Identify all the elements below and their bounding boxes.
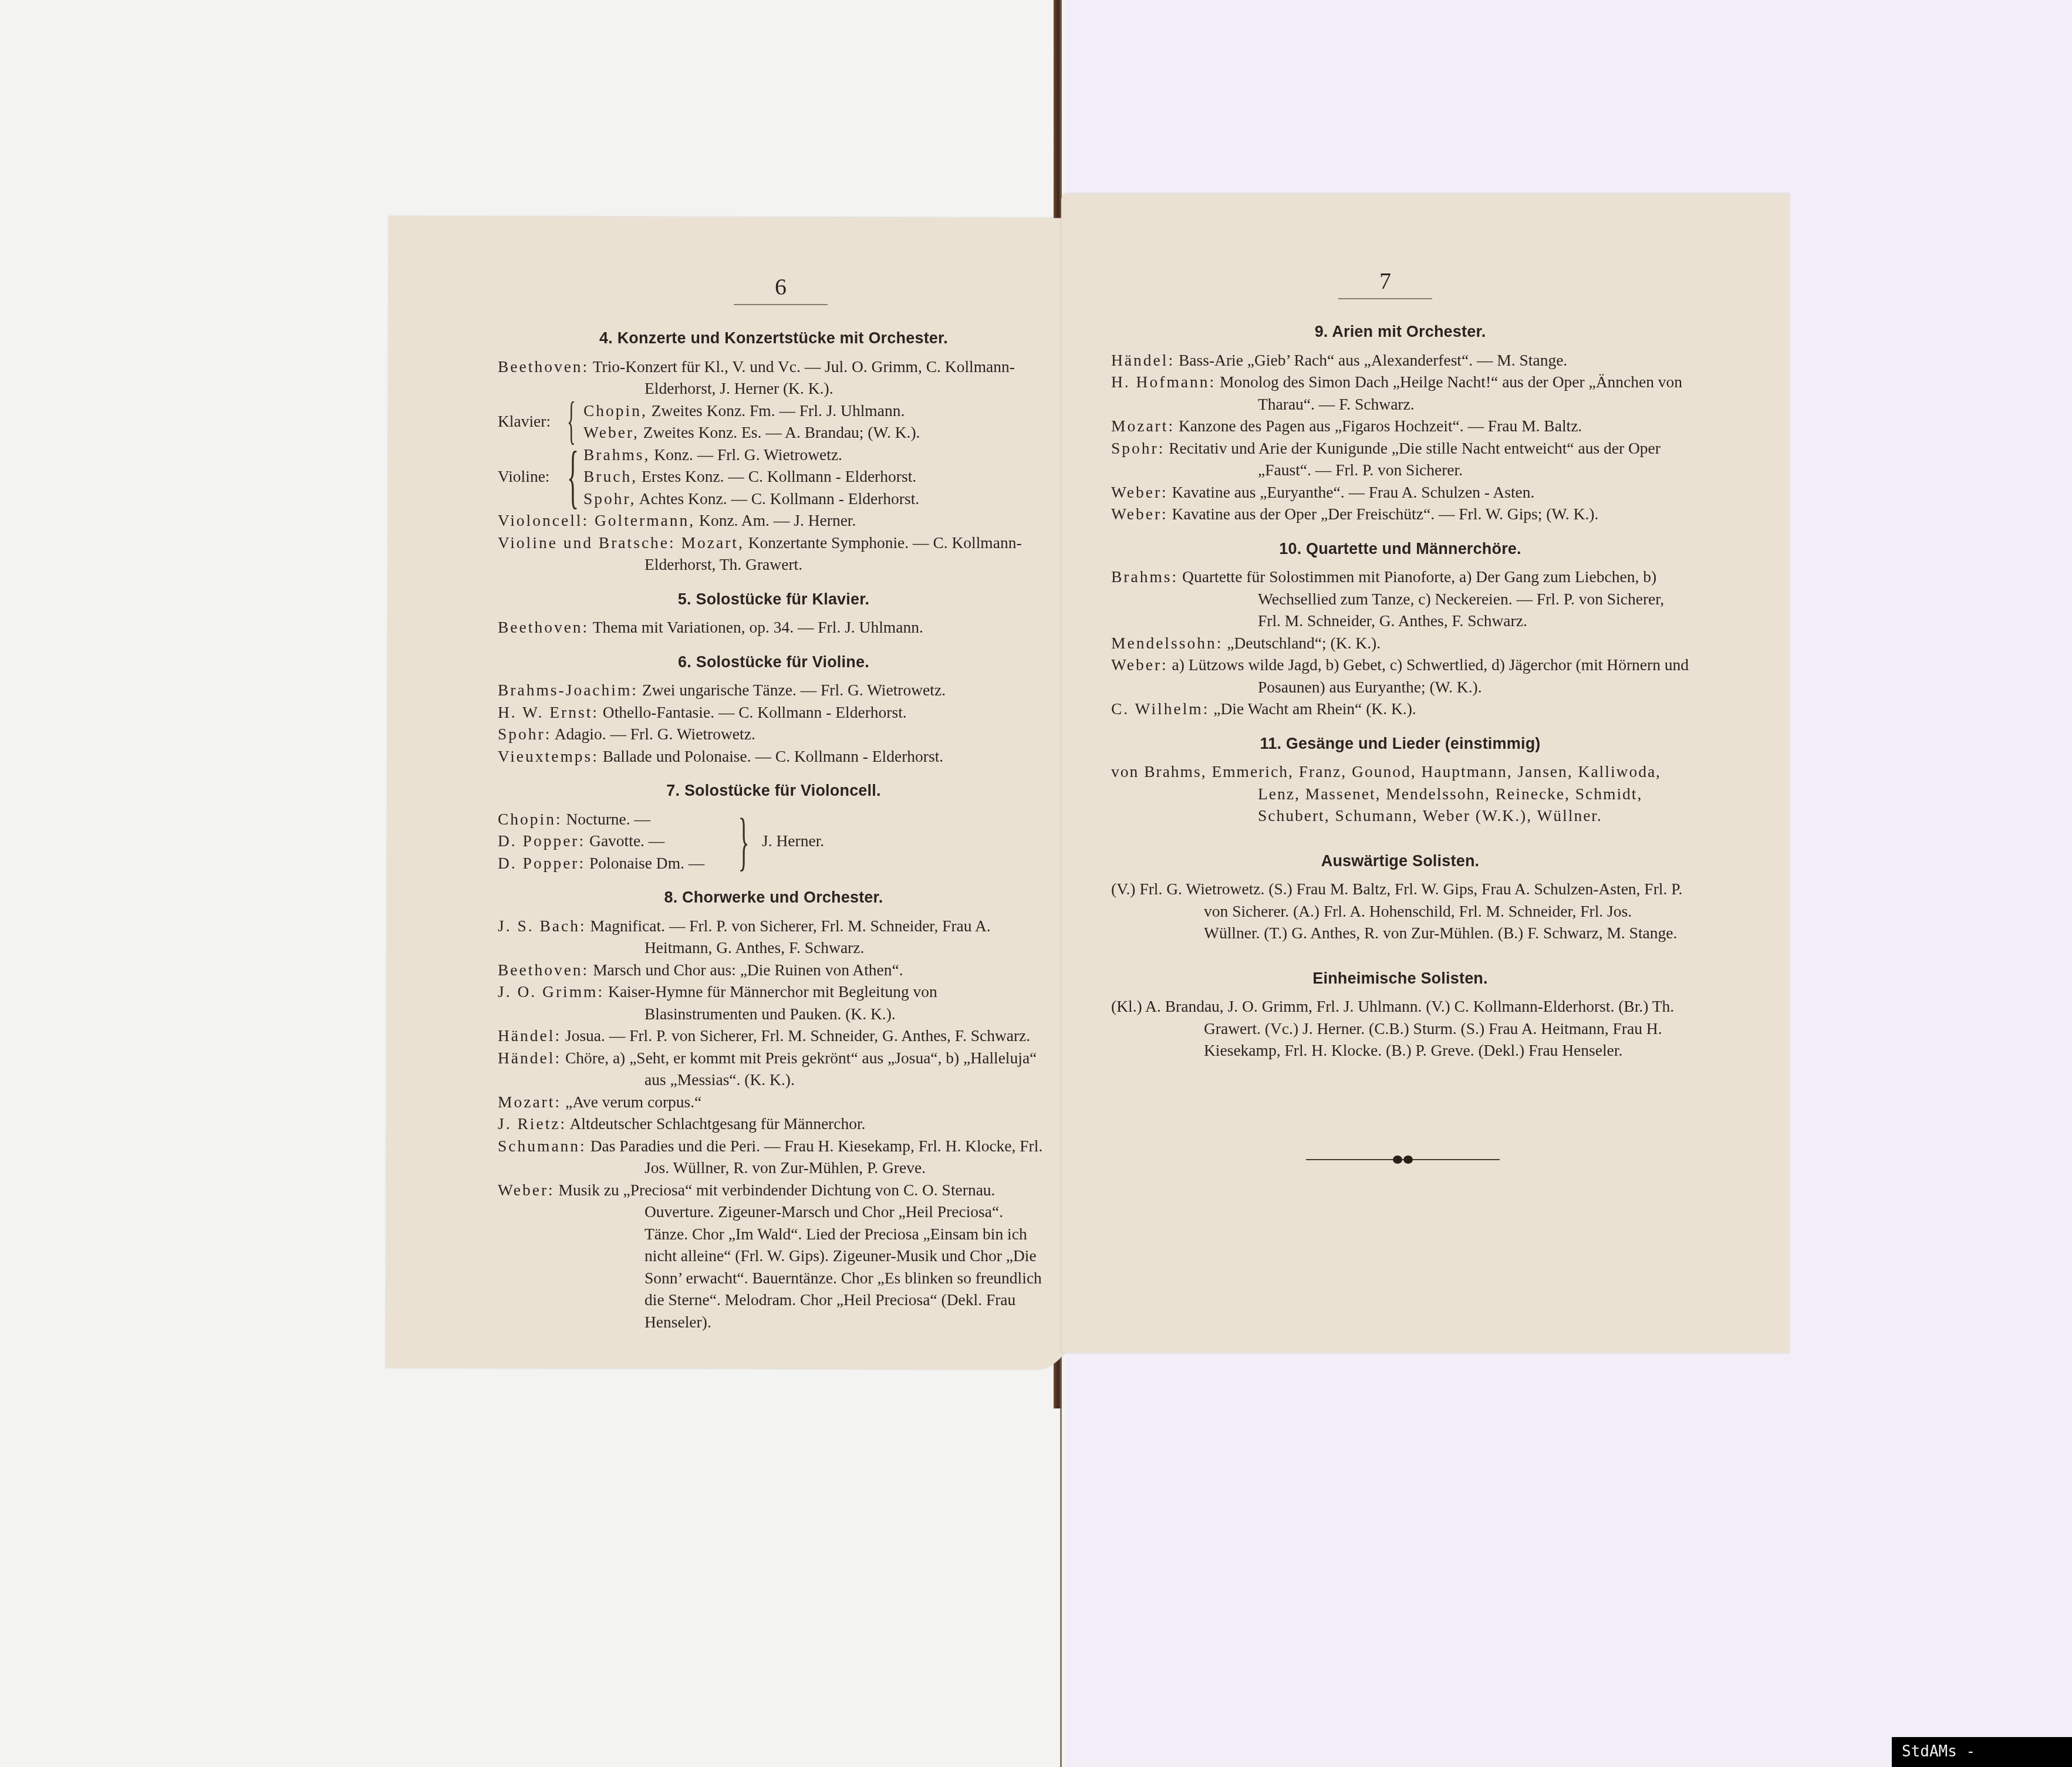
list-item: Beethoven: Trio-Konzert für Kl., V. und …	[498, 356, 1050, 400]
list-item: Händel: Josua. — Frl. P. von Sicherer, F…	[498, 1025, 1050, 1047]
list-item: Händel: Bass-Arie „Gieb’ Rach“ aus „Alex…	[1111, 349, 1689, 371]
list-item: Brahms: Quartette für Solostimmen mit Pi…	[1111, 566, 1689, 632]
list-item: Chopin: Nocturne. —	[498, 808, 733, 830]
list-item: J. S. Bach: Magnificat. — Frl. P. von Si…	[498, 915, 1050, 959]
list-item: Spohr: Adagio. — Frl. G. Wietrowetz.	[498, 723, 1050, 745]
folio-rule	[1338, 298, 1432, 299]
page-number-right: 7	[1327, 267, 1444, 299]
section-heading: 9. Arien mit Orchester.	[1111, 321, 1689, 343]
folio-rule	[734, 304, 828, 305]
section-heading: Auswärtige Solisten.	[1111, 850, 1689, 873]
list-item: Spohr, Achtes Konz. — C. Kollmann - Elde…	[583, 488, 1050, 510]
list-item: Beethoven: Marsch und Chor aus: „Die Rui…	[498, 959, 1050, 981]
violoncell-group: Chopin: Nocturne. — D. Popper: Gavotte. …	[498, 808, 1050, 874]
end-flourish-ornament	[1306, 1156, 1500, 1164]
archive-label: StdAMs - MV_004_168	[1892, 1737, 2072, 1767]
section-heading: 11. Gesänge und Lieder (einstimmig)	[1111, 733, 1689, 755]
right-page-content: 9. Arien mit Orchester. Händel: Bass-Ari…	[1111, 321, 1689, 1062]
list-item: (V.) Frl. G. Wietrowetz. (S.) Frau M. Ba…	[1111, 878, 1689, 944]
book-gutter-line	[1060, 1408, 1062, 1767]
list-item: Weber: Kavatine aus „Euryanthe“. — Frau …	[1111, 481, 1689, 504]
list-item: D. Popper: Polonaise Dm. —	[498, 852, 733, 874]
list-item: Vieuxtemps: Ballade und Polonaise. — C. …	[498, 745, 1050, 768]
list-item: (Kl.) A. Brandau, J. O. Grimm, Frl. J. U…	[1111, 995, 1689, 1062]
list-item: Mozart: „Ave verum corpus.“	[498, 1091, 1050, 1113]
instrument-group-violine: Violine: { Brahms, Konz. — Frl. G. Wietr…	[498, 444, 1050, 510]
list-item: Bruch, Erstes Konz. — C. Kollmann - Elde…	[583, 465, 1050, 488]
brace-icon: {	[567, 401, 571, 442]
list-item: Brahms-Joachim: Zwei ungarische Tänze. —…	[498, 679, 1050, 701]
page-number-left: 6	[722, 273, 839, 305]
section-heading: 6. Solostücke für Violine.	[498, 651, 1050, 674]
list-item: C. Wilhelm: „Die Wacht am Rhein“ (K. K.)…	[1111, 698, 1689, 720]
list-item: Mendelssohn: „Deutschland“; (K. K.).	[1111, 632, 1689, 654]
instrument-group-klavier: Klavier: { Chopin, Zweites Konz. Fm. — F…	[498, 400, 1050, 444]
brace-icon: {	[567, 456, 571, 497]
list-item: H. W. Ernst: Othello-Fantasie. — C. Koll…	[498, 701, 1050, 724]
list-item: Spohr: Recitativ und Arie der Kunigunde …	[1111, 437, 1689, 481]
section-heading: 4. Konzerte und Konzertstücke mit Orches…	[498, 327, 1050, 350]
list-item: Weber, Zweites Konz. Es. — A. Brandau; (…	[583, 421, 1050, 444]
left-page-content: 4. Konzerte und Konzertstücke mit Orches…	[498, 327, 1050, 1333]
section-heading: 8. Chorwerke und Orchester.	[498, 887, 1050, 909]
list-item: Chopin, Zweites Konz. Fm. — Frl. J. Uhlm…	[583, 400, 1050, 422]
section-heading: 5. Solostücke für Klavier.	[498, 589, 1050, 611]
list-item: Violoncell: Goltermann, Konz. Am. — J. H…	[498, 509, 1050, 532]
list-item: Mozart: Kanzone des Pagen aus „Figaros H…	[1111, 415, 1689, 437]
list-item: Weber: Kavatine aus der Oper „Der Freisc…	[1111, 503, 1689, 525]
section-heading: Einheimische Solisten.	[1111, 968, 1689, 990]
list-item: Weber: a) Lützows wilde Jagd, b) Gebet, …	[1111, 654, 1689, 698]
brace-icon: }	[738, 809, 745, 873]
list-item: Beethoven: Thema mit Variationen, op. 34…	[498, 616, 1050, 638]
list-item: Violine und Bratsche: Mozart, Konzertant…	[498, 532, 1050, 576]
section-heading: 7. Solostücke für Violoncell.	[498, 780, 1050, 802]
list-item: H. Hofmann: Monolog des Simon Dach „Heil…	[1111, 371, 1689, 415]
section-heading: 10. Quartette und Männerchöre.	[1111, 538, 1689, 560]
list-item: Weber: Musik zu „Preciosa“ mit verbinden…	[498, 1179, 1050, 1333]
list-item: Schumann: Das Paradies und die Peri. — F…	[498, 1135, 1050, 1179]
list-item: von Brahms, Emmerich, Franz, Gounod, Hau…	[1111, 761, 1689, 827]
list-item: J. Rietz: Altdeutscher Schlachtgesang fü…	[498, 1113, 1050, 1135]
list-item: Händel: Chöre, a) „Seht, er kommt mit Pr…	[498, 1047, 1050, 1091]
list-item: Brahms, Konz. — Frl. G. Wietrowetz.	[583, 444, 1050, 466]
list-item: D. Popper: Gavotte. —	[498, 830, 733, 852]
list-item: J. O. Grimm: Kaiser-Hymne für Männerchor…	[498, 981, 1050, 1025]
